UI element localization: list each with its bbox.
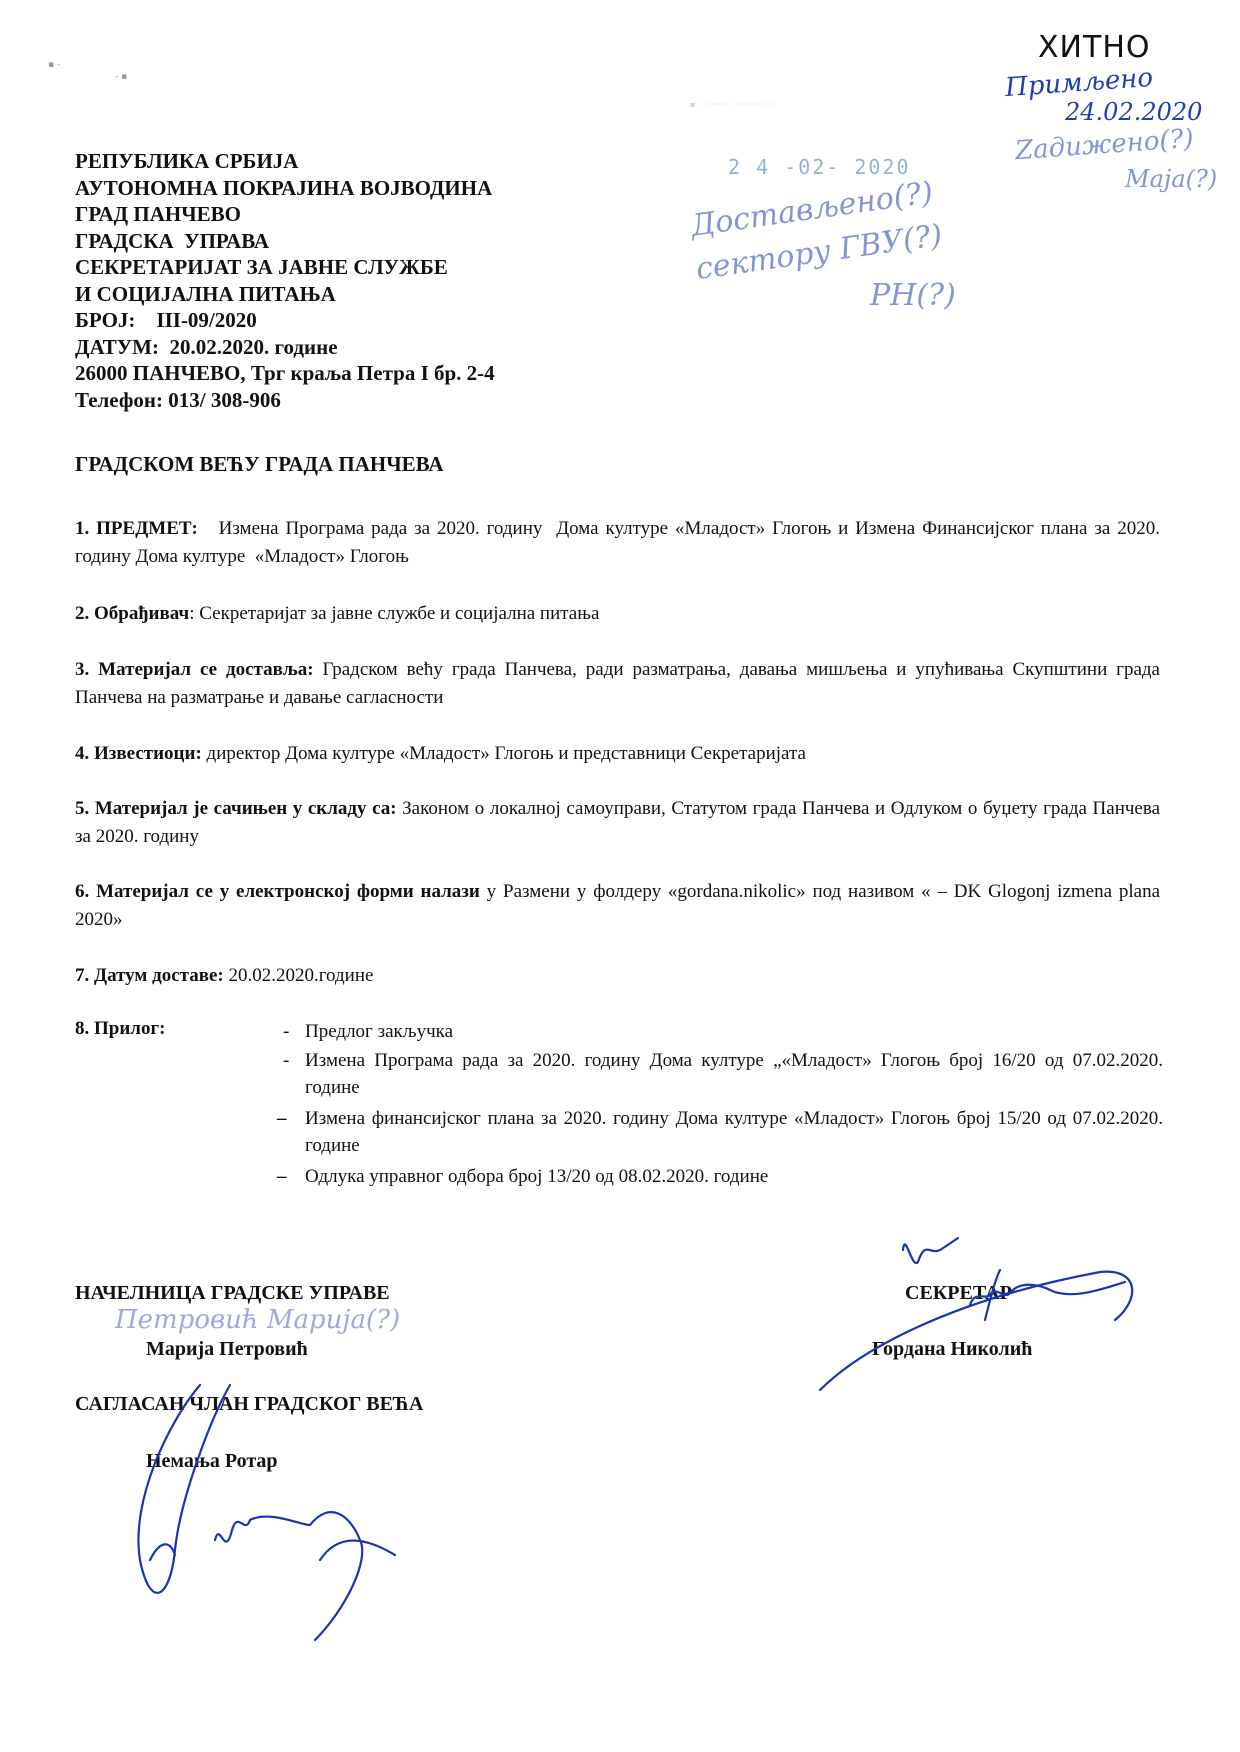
signature-stroke	[985, 1270, 1000, 1320]
signature-stroke	[150, 1512, 395, 1640]
signature-stroke	[903, 1238, 958, 1263]
signature-scribbles	[0, 0, 1240, 1752]
signature-stroke	[138, 1385, 230, 1593]
signature-stroke	[820, 1272, 1132, 1390]
